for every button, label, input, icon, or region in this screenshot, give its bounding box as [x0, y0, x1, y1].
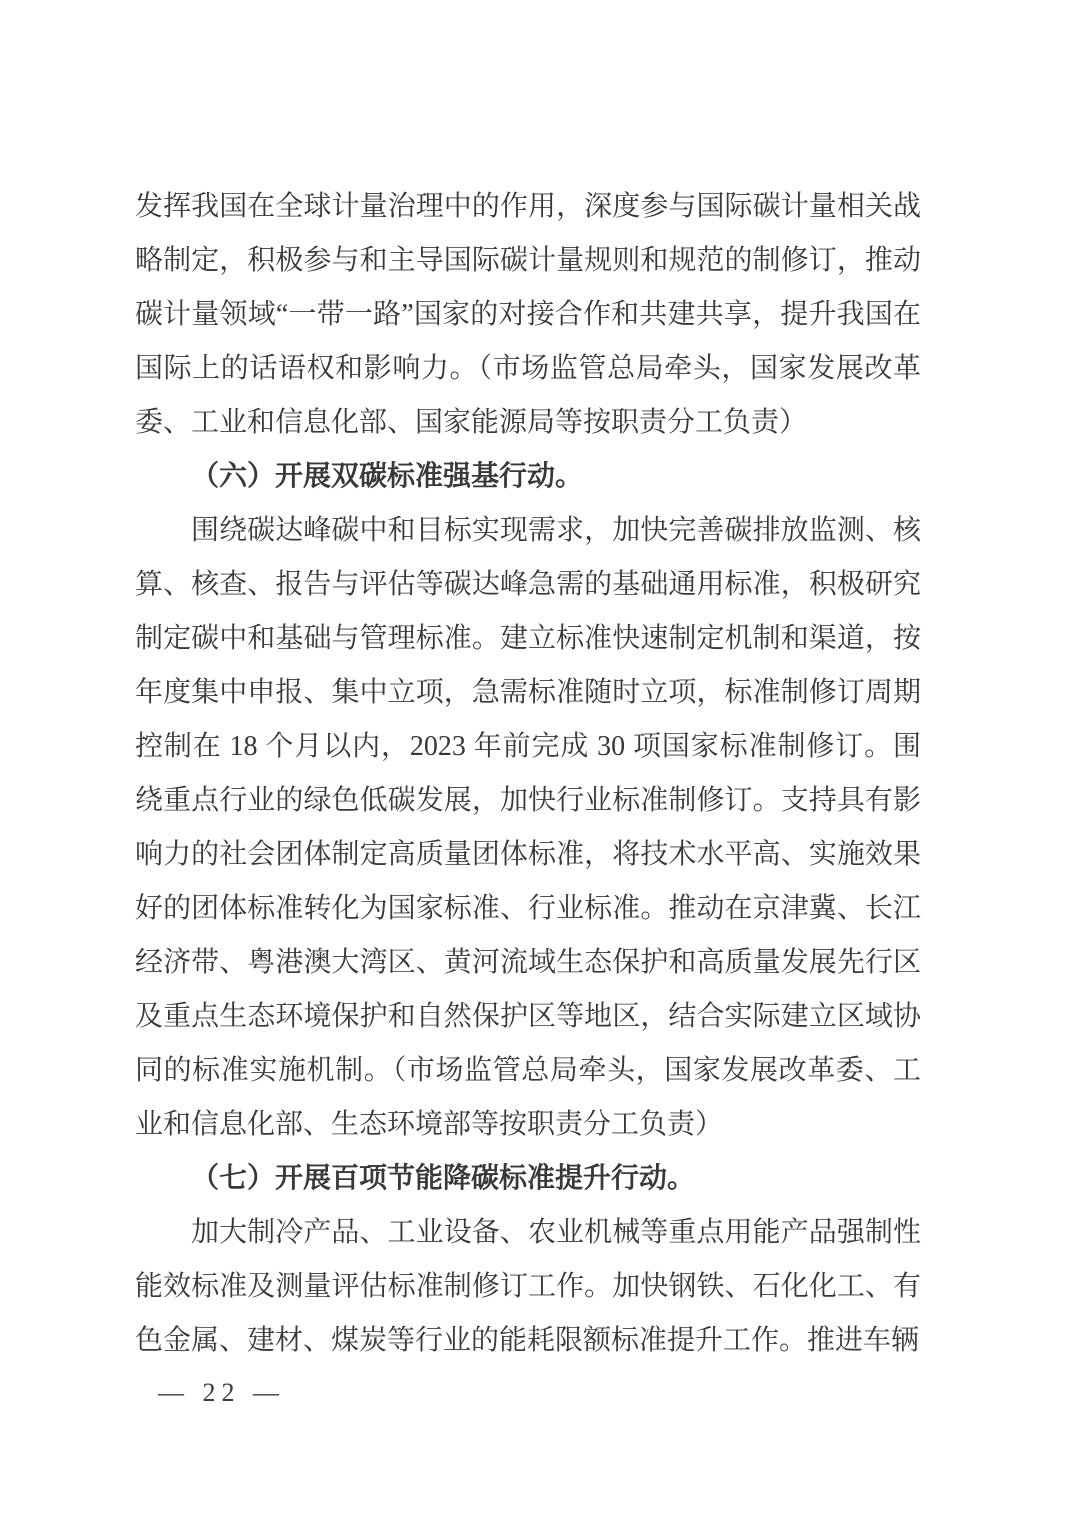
document-page: 发挥我国在全球计量治理中的作用，深度参与国际碳计量相关战略制定，积极参与和主导国…	[0, 0, 1080, 1527]
page-number: — 22 —	[158, 1376, 285, 1410]
paragraph-body-standards: 围绕碳达峰碳中和目标实现需求，加快完善碳排放监测、核算、核查、报告与评估等碳达峰…	[135, 504, 921, 1152]
paragraph-continuation: 发挥我国在全球计量治理中的作用，深度参与国际碳计量相关战略制定，积极参与和主导国…	[135, 180, 921, 450]
paragraph-body-energy-efficiency: 加大制冷产品、工业设备、农业机械等重点用能产品强制性能效标准及测量评估标准制修订…	[135, 1206, 921, 1368]
section-heading-six: （六）开展双碳标准强基行动。	[135, 450, 921, 504]
section-heading-seven: （七）开展百项节能降碳标准提升行动。	[135, 1152, 921, 1206]
document-text-block: 发挥我国在全球计量治理中的作用，深度参与国际碳计量相关战略制定，积极参与和主导国…	[135, 180, 921, 1368]
